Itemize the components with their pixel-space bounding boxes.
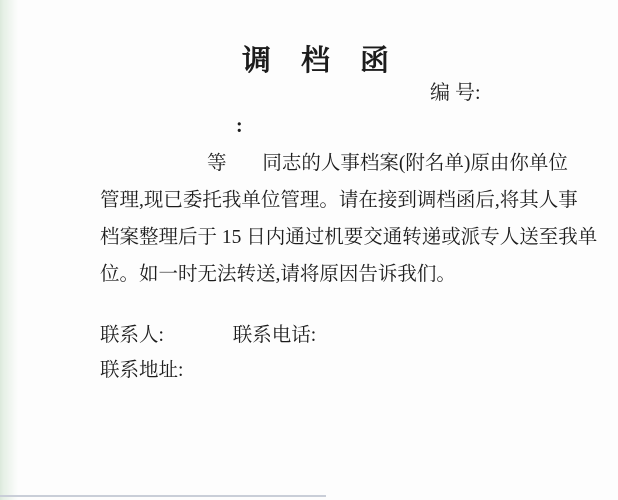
number-label: 编 号:: [430, 81, 481, 105]
left-edge-strip: [0, 0, 18, 500]
bottom-rule-divider: [0, 495, 326, 497]
body-line-4: 位。如一时无法转送,请将原因告诉我们。: [100, 256, 612, 293]
body-line-2: 管理,现已委托我单位管理。请在接到调档函后,将其人事: [100, 182, 612, 219]
body-line-1-text: 同志的人事档案(附名单)原由你单位: [262, 145, 568, 182]
body-line-1: 等 同志的人事档案(附名单)原由你单位: [100, 145, 612, 182]
letter-title: 调档函: [242, 44, 419, 78]
contact-address-row: 联系地址:: [100, 352, 183, 389]
contact-person-label: 联系人:: [100, 325, 164, 346]
contact-row: 联系人: 联系电话:: [100, 317, 316, 354]
contact-address-label: 联系地址:: [100, 360, 183, 381]
body-line-1-prefix: 等: [207, 145, 227, 182]
contact-phone-label: 联系电话:: [233, 317, 316, 354]
document-page: 调档函 编 号: : 等 同志的人事档案(附名单)原由你单位 管理,现已委托我单…: [0, 0, 618, 500]
body-line-3: 档案整理后于 15 日内通过机要交通转递或派专人送至我单: [100, 219, 612, 256]
body-paragraph: 等 同志的人事档案(附名单)原由你单位 管理,现已委托我单位管理。请在接到调档函…: [100, 145, 612, 293]
salutation-colon: :: [236, 114, 243, 138]
